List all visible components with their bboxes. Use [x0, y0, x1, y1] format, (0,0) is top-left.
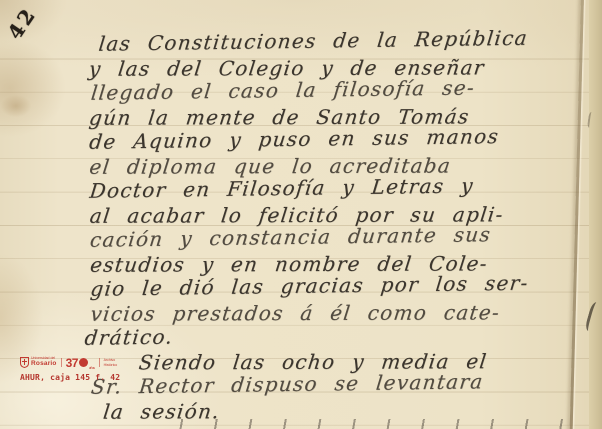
anniversary-zero-disc: 0 [79, 358, 88, 367]
page-number-stamp: 42 [0, 0, 50, 52]
archive-label: Archivo Histórico [104, 358, 118, 366]
anniversary-suffix: años [89, 366, 95, 370]
archive-logo-row: Universidad del Rosario 370 años Archivo… [20, 356, 120, 369]
university-shield-icon [20, 357, 29, 368]
handwritten-line: las Constituciones de la República [97, 25, 595, 56]
logo-divider [61, 358, 62, 367]
university-name-bottom: Rosario [31, 361, 57, 368]
anniversary-digits: 37 [66, 356, 78, 370]
archive-watermark: Universidad del Rosario 370 años Archivo… [20, 356, 120, 382]
manuscript-scan: 42 las Constituciones de la República y … [0, 0, 602, 429]
next-page-edge [589, 0, 602, 429]
logo-divider [99, 358, 100, 367]
anniversary-370-logo: 370 años [66, 356, 95, 370]
handwritten-text-block: las Constituciones de la República y las… [89, 28, 597, 424]
cut-off-line-strokes [165, 419, 585, 429]
university-name: Universidad del Rosario [31, 357, 57, 367]
archive-label-bottom: Histórico [104, 363, 118, 367]
archive-reference: AHUR, caja 145 f. 42 [20, 373, 120, 382]
